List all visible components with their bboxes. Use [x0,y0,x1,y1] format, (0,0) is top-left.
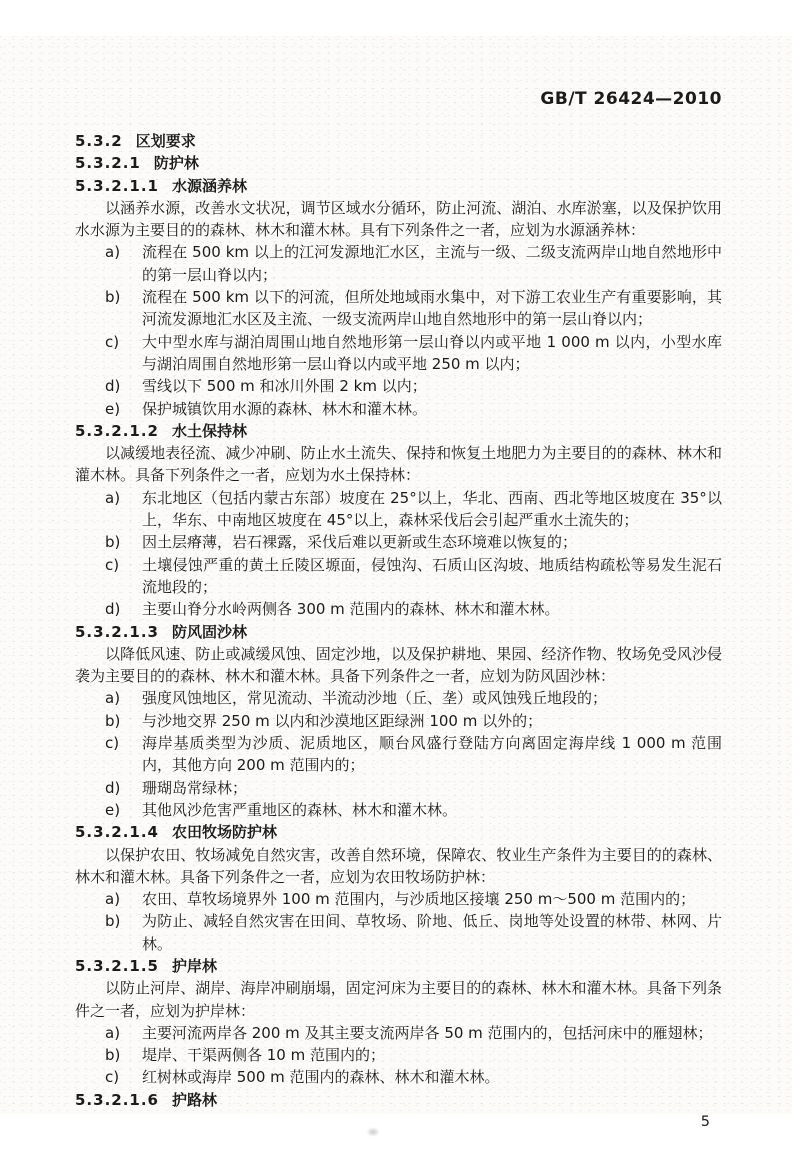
list-item: a)东北地区（包括内蒙古东部）坡度在 25°以上，华北、西南、西北等地区坡度在 … [105,487,722,532]
section-heading: 5.3.2.1.4农田牧场防护林 [75,821,722,843]
list-item-letter: a) [105,888,120,910]
list-item-text: 与沙地交界 250 m 以内和沙漠地区距绿洲 100 m 以外的； [142,712,542,730]
list-item-letter: d) [105,375,120,397]
page-number: 5 [75,1111,722,1133]
list-item-text: 因土层瘠薄，岩石裸露，采伐后难以更新或生态环境难以恢复的； [142,533,577,551]
list-item: b)因土层瘠薄，岩石裸露，采伐后难以更新或生态环境难以恢复的； [105,531,722,553]
list-item-text: 东北地区（包括内蒙古东部）坡度在 25°以上，华北、西南、西北等地区坡度在 35… [142,489,722,529]
list-item: c)海岸基质类型为沙质、泥质地区，顺台风盛行登陆方向离固定海岸线 1 000 m… [105,732,722,777]
list-item-text: 土壤侵蚀严重的黄土丘陵区塬面，侵蚀沟、石质山区沟坡、地质结构疏松等易发生泥石流地… [142,556,722,596]
list-item: c)土壤侵蚀严重的黄土丘陵区塬面，侵蚀沟、石质山区沟坡、地质结构疏松等易发生泥石… [105,554,722,599]
list-item: c)大中型水库与湖泊周围山地自然地形第一层山脊以内或平地 1 000 m 以内，… [105,331,722,376]
list-item-letter: a) [105,687,120,709]
list-item-text: 流程在 500 km 以下的河流，但所处地域雨水集中，对下游工农业生产有重要影响… [142,288,722,328]
list-item-text: 强度风蚀地区，常见流动、半流动沙地（丘、垄）或风蚀残丘地段的； [142,689,607,707]
list-item: a)流程在 500 km 以上的江河发源地汇水区，主流与一级、二级支流两岸山地自… [105,241,722,286]
section-title: 水土保持林 [172,422,247,440]
list-item-text: 大中型水库与湖泊周围山地自然地形第一层山脊以内或平地 1 000 m 以内，小型… [142,333,722,373]
list-item-text: 红树林或海岸 500 m 范围内的森林、林木和灌木林。 [142,1068,500,1086]
list-item: a)农田、草牧场境界外 100 m 范围内，与沙质地区接壤 250 m～500 … [105,888,722,910]
scanned-page-background: GB/T 26424—2010 5.3.2区划要求 5.3.2.1防护林 5.3… [0,36,792,1114]
list-item: b)与沙地交界 250 m 以内和沙漠地区距绿洲 100 m 以外的； [105,710,722,732]
list-item-text: 流程在 500 km 以上的江河发源地汇水区，主流与一级、二级支流两岸山地自然地… [142,243,722,283]
section-number: 5.3.2.1 [75,154,141,172]
list-item: a)强度风蚀地区，常见流动、半流动沙地（丘、垄）或风蚀残丘地段的； [105,687,722,709]
section-number: 5.3.2.1.3 [75,623,159,641]
section-title: 区划要求 [136,132,196,150]
list-item-text: 主要山脊分水岭两侧各 300 m 范围内的森林、林木和灌木林。 [142,600,560,618]
list-item-text: 珊瑚岛常绿林； [142,779,247,797]
list-item: d)雪线以下 500 m 和冰川外围 2 km 以内； [105,375,722,397]
list-item-text: 海岸基质类型为沙质、泥质地区，顺台风盛行登陆方向离固定海岸线 1 000 m 范… [142,734,722,774]
list-item-text: 农田、草牧场境界外 100 m 范围内，与沙质地区接壤 250 m～500 m … [142,890,695,908]
list-item: b)为防止、减轻自然灾害在田间、草牧场、阶地、低丘、岗地等处设置的林带、林网、片… [105,910,722,955]
section-number: 5.3.2.1.1 [75,177,159,195]
list-item-letter: e) [105,799,120,821]
section-title: 水源涵养林 [172,177,247,195]
section-heading: 5.3.2.1.3防风固沙林 [75,621,722,643]
list-item: e)其他风沙危害严重地区的森林、林木和灌木林。 [105,799,722,821]
section-number: 5.3.2.1.4 [75,823,159,841]
section-title: 防护林 [154,154,199,172]
section-heading: 5.3.2.1.5护岸林 [75,955,722,977]
section-intro: 以防止河岸、湖岸、海岸冲刷崩塌，固定河床为主要目的的森林、林木和灌木林。具备下列… [75,977,722,1022]
list-item-letter: c) [105,331,119,353]
section-intro: 以减缓地表径流、减少冲刷、防止水土流失、保持和恢复土地肥力为主要目的的森林、林木… [75,442,722,487]
list-item-letter: c) [105,554,119,576]
list-item-letter: d) [105,598,120,620]
list-item: b)堤岸、干渠两侧各 10 m 范围内的； [105,1044,722,1066]
list-item-letter: b) [105,286,120,308]
page-content: GB/T 26424—2010 5.3.2区划要求 5.3.2.1防护林 5.3… [75,36,722,1133]
list-item: d)珊瑚岛常绿林； [105,777,722,799]
list-item-letter: b) [105,710,120,732]
section-number: 5.3.2.1.2 [75,422,159,440]
section-heading: 5.3.2.1防护林 [75,152,722,174]
list-item-letter: c) [105,732,119,754]
list-item: a)主要河流两岸各 200 m 及其主要支流两岸各 50 m 范围内的，包括河床… [105,1022,722,1044]
section-intro: 以保护农田、牧场减免自然灾害，改善自然环境，保障农、牧业生产条件为主要目的的森林… [75,844,722,889]
section-heading: 5.3.2.1.2水土保持林 [75,420,722,442]
list-item: d)主要山脊分水岭两侧各 300 m 范围内的森林、林木和灌木林。 [105,598,722,620]
list-item-letter: a) [105,241,120,263]
list-item-text: 其他风沙危害严重地区的森林、林木和灌木林。 [142,801,457,819]
list-item-letter: b) [105,1044,120,1066]
list-item-text: 为防止、减轻自然灾害在田间、草牧场、阶地、低丘、岗地等处设置的林带、林网、片林。 [142,912,722,952]
section-title: 护岸林 [172,957,217,975]
list-item-letter: a) [105,487,120,509]
section-intro: 以降低风速、防止或减缓风蚀、固定沙地，以及保护耕地、果园、经济作物、牧场免受风沙… [75,643,722,688]
list-item-letter: d) [105,777,120,799]
list-item-letter: a) [105,1022,120,1044]
list-item-letter: b) [105,531,120,553]
list-item-letter: e) [105,398,120,420]
section-title: 农田牧场防护林 [172,823,277,841]
list-item-text: 雪线以下 500 m 和冰川外围 2 km 以内； [142,377,427,395]
section-heading: 5.3.2.1.1水源涵养林 [75,175,722,197]
list-item-letter: b) [105,910,120,932]
list-item: c)红树林或海岸 500 m 范围内的森林、林木和灌木林。 [105,1066,722,1088]
standard-code: GB/T 26424—2010 [540,89,722,109]
list-item-text: 保护城镇饮用水源的森林、林木和灌木林。 [142,400,427,418]
list-item-text: 堤岸、干渠两侧各 10 m 范围内的； [142,1046,385,1064]
section-heading: 5.3.2.1.6护路林 [75,1089,722,1111]
list-item: e)保护城镇饮用水源的森林、林木和灌木林。 [105,398,722,420]
scan-smudge-artifact [366,1127,380,1137]
section-title: 防风固沙林 [172,623,247,641]
section-intro: 以涵养水源，改善水文状况，调节区域水分循环，防止河流、湖泊、水库淤塞，以及保护饮… [75,197,722,242]
section-number: 5.3.2.1.6 [75,1091,159,1109]
section-number: 5.3.2 [75,132,123,150]
section-heading: 5.3.2区划要求 [75,130,722,152]
list-item: b)流程在 500 km 以下的河流，但所处地域雨水集中，对下游工农业生产有重要… [105,286,722,331]
page-header: GB/T 26424—2010 [75,88,722,110]
section-title: 护路林 [172,1091,217,1109]
list-item-text: 主要河流两岸各 200 m 及其主要支流两岸各 50 m 范围内的，包括河床中的… [142,1024,713,1042]
list-item-letter: c) [105,1066,119,1088]
section-number: 5.3.2.1.5 [75,957,159,975]
